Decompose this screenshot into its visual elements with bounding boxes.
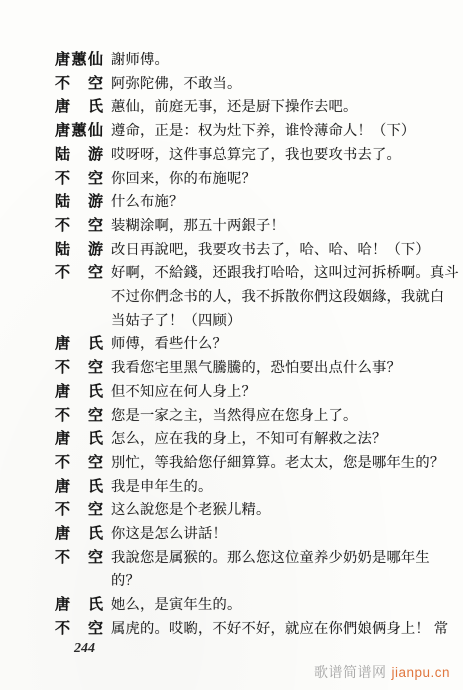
speaker-name: 不空 bbox=[55, 547, 103, 571]
dialogue-row: 不空 装糊涂啊，那五十两銀子！ bbox=[55, 215, 453, 239]
speaker-char: 唐 bbox=[55, 594, 70, 618]
dialogue-line: 哎呀呀，这件事总算完了，我也要攻书去了。 bbox=[111, 144, 453, 168]
speech-text: 怎么，应在我的身上，不知可有解救之法？ bbox=[111, 428, 453, 452]
watermark-site-name: 歌谱简谱网 bbox=[314, 666, 387, 681]
dialogue-row: 不空 阿弥陀佛，不敢当。 bbox=[55, 73, 453, 97]
speaker-char: 游 bbox=[88, 144, 103, 168]
speaker-char: 氏 bbox=[88, 333, 103, 357]
speech-text: 但不知应在何人身上？ bbox=[111, 381, 453, 405]
dialogue-line: 別忙，等我給您仔細算算。老太太，您是哪年生的？ bbox=[111, 452, 453, 476]
speech-text: 謝师傅。 bbox=[111, 49, 453, 73]
speaker-char: 氏 bbox=[88, 96, 103, 120]
dialogue-line: 当姑子了！（四顾） bbox=[111, 310, 453, 334]
speaker-name: 唐氏 bbox=[55, 96, 103, 120]
speaker-name: 唐蕙仙 bbox=[55, 49, 103, 73]
speaker-char: 不 bbox=[55, 499, 70, 523]
speaker-char: 仙 bbox=[88, 49, 103, 73]
dialogue-line: 遵命，正是：权为灶下养，谁怜薄命人！（下） bbox=[111, 120, 453, 144]
page-number: 244 bbox=[74, 641, 95, 657]
dialogue-row: 唐氏 我是申年生的。 bbox=[55, 476, 453, 500]
speaker-char: 唐 bbox=[55, 523, 70, 547]
dialogue-row: 唐氏 怎么，应在我的身上，不知可有解救之法？ bbox=[55, 428, 453, 452]
speech-text: 蕙仙，前庭无事，还是厨下操作去吧。 bbox=[111, 96, 453, 120]
speaker-char: 不 bbox=[55, 547, 70, 571]
dialogue-row: 不空 这么說您是个老猴儿精。 bbox=[55, 499, 453, 523]
speaker-char: 氏 bbox=[88, 381, 103, 405]
speaker-char: 不 bbox=[55, 168, 70, 192]
speaker-char: 氏 bbox=[88, 523, 103, 547]
speaker-name: 唐蕙仙 bbox=[55, 120, 103, 144]
speaker-char: 陆 bbox=[55, 144, 70, 168]
speech-text: 改日再說吧，我要攻书去了，哈、哈、哈！（下） bbox=[111, 239, 453, 263]
speaker-name: 唐氏 bbox=[55, 523, 103, 547]
speaker-char: 不 bbox=[55, 405, 70, 429]
speech-text: 我說您是属猴的。那么您这位童养少奶奶是哪年生的？ bbox=[111, 547, 453, 594]
speaker-name: 陆游 bbox=[55, 144, 103, 168]
dialogue-row: 不空 我看您宅里黑气騰騰的，恐怕要出点什么事？ bbox=[55, 357, 453, 381]
speaker-char: 唐 bbox=[55, 120, 70, 144]
speaker-char: 唐 bbox=[55, 333, 70, 357]
speech-text: 你这是怎么讲話！ bbox=[111, 523, 453, 547]
speech-text: 属虎的。哎喲，不好不好，就应在你們娘俩身上！ 常 bbox=[111, 618, 453, 642]
speech-text: 这么說您是个老猴儿精。 bbox=[111, 499, 453, 523]
dialogue-row: 唐氏 师傅，看些什么？ bbox=[55, 333, 453, 357]
dialogue-line: 怎么，应在我的身上，不知可有解救之法？ bbox=[111, 428, 453, 452]
dialogue-line: 改日再說吧，我要攻书去了，哈、哈、哈！（下） bbox=[111, 239, 453, 263]
speaker-name: 不空 bbox=[55, 73, 103, 97]
dialogue-line: 我說您是属猴的。那么您这位童养少奶奶是哪年生 bbox=[111, 547, 453, 571]
speaker-name: 唐氏 bbox=[55, 381, 103, 405]
dialogue-row: 不空 您是一家之主，当然得应在您身上了。 bbox=[55, 405, 453, 429]
speaker-char: 不 bbox=[55, 357, 70, 381]
speaker-char: 陆 bbox=[55, 191, 70, 215]
speech-text: 好啊，不給錢，还跟我打哈哈，这叫过河拆桥啊。真斗不过你們念书的人，我不拆散你們这… bbox=[111, 262, 453, 333]
speaker-char: 蕙 bbox=[71, 49, 86, 73]
speaker-char: 唐 bbox=[55, 428, 70, 452]
speech-text: 她么，是寅年生的。 bbox=[111, 594, 453, 618]
speaker-char: 空 bbox=[88, 73, 103, 97]
dialogue-row: 陆游 什么布施？ bbox=[55, 191, 453, 215]
speaker-char: 唐 bbox=[55, 381, 70, 405]
speech-text: 哎呀呀，这件事总算完了，我也要攻书去了。 bbox=[111, 144, 453, 168]
dialogue-list: 唐蕙仙 謝师傅。 不空 阿弥陀佛，不敢当。 唐氏 蕙仙，前庭无事，还是厨下操作去… bbox=[55, 49, 453, 642]
speech-text: 遵命，正是：权为灶下养，谁怜薄命人！（下） bbox=[111, 120, 453, 144]
speaker-char: 空 bbox=[88, 357, 103, 381]
speech-text: 您是一家之主，当然得应在您身上了。 bbox=[111, 405, 453, 429]
speech-text: 我是申年生的。 bbox=[111, 476, 453, 500]
dialogue-line: 不过你們念书的人，我不拆散你們这段姻緣，我就白 bbox=[111, 286, 453, 310]
dialogue-line: 謝师傅。 bbox=[111, 49, 453, 73]
dialogue-row: 不空 你回来，你的布施呢？ bbox=[55, 168, 453, 192]
speaker-name: 不空 bbox=[55, 168, 103, 192]
speaker-name: 不空 bbox=[55, 215, 103, 239]
dialogue-row: 唐氏 她么，是寅年生的。 bbox=[55, 594, 453, 618]
speaker-char: 空 bbox=[88, 499, 103, 523]
speaker-name: 不空 bbox=[55, 452, 103, 476]
dialogue-line: 好啊，不給錢，还跟我打哈哈，这叫过河拆桥啊。真斗 bbox=[111, 262, 453, 286]
speaker-char: 不 bbox=[55, 618, 70, 642]
dialogue-line: 这么說您是个老猴儿精。 bbox=[111, 499, 453, 523]
speech-text: 你回来，你的布施呢？ bbox=[111, 168, 453, 192]
speaker-name: 陆游 bbox=[55, 191, 103, 215]
speaker-char: 氏 bbox=[88, 476, 103, 500]
dialogue-row: 唐蕙仙 謝师傅。 bbox=[55, 49, 453, 73]
dialogue-row: 唐氏 蕙仙，前庭无事，还是厨下操作去吧。 bbox=[55, 96, 453, 120]
speech-text: 师傅，看些什么？ bbox=[111, 333, 453, 357]
dialogue-row: 唐氏 你这是怎么讲話！ bbox=[55, 523, 453, 547]
speaker-char: 不 bbox=[55, 73, 70, 97]
book-page: 唐蕙仙 謝师傅。 不空 阿弥陀佛，不敢当。 唐氏 蕙仙，前庭无事，还是厨下操作去… bbox=[0, 0, 463, 690]
dialogue-row: 不空 属虎的。哎喲，不好不好，就应在你們娘俩身上！ 常 bbox=[55, 618, 453, 642]
dialogue-line: 师傅，看些什么？ bbox=[111, 333, 453, 357]
speaker-name: 陆游 bbox=[55, 239, 103, 263]
dialogue-line: 装糊涂啊，那五十两銀子！ bbox=[111, 215, 453, 239]
speaker-char: 空 bbox=[88, 452, 103, 476]
speaker-char: 空 bbox=[88, 168, 103, 192]
dialogue-line: 蕙仙，前庭无事，还是厨下操作去吧。 bbox=[111, 96, 453, 120]
speaker-name: 唐氏 bbox=[55, 476, 103, 500]
dialogue-row: 唐蕙仙 遵命，正是：权为灶下养，谁怜薄命人！（下） bbox=[55, 120, 453, 144]
dialogue-line: 但不知应在何人身上？ bbox=[111, 381, 453, 405]
speaker-char: 氏 bbox=[88, 428, 103, 452]
dialogue-line: 属虎的。哎喲，不好不好，就应在你們娘俩身上！ 常 bbox=[111, 618, 453, 642]
watermark-site-url: jianpu.cn bbox=[391, 665, 450, 680]
dialogue-line: 她么，是寅年生的。 bbox=[111, 594, 453, 618]
speaker-char: 空 bbox=[88, 618, 103, 642]
dialogue-line: 什么布施？ bbox=[111, 191, 453, 215]
dialogue-line: 阿弥陀佛，不敢当。 bbox=[111, 73, 453, 97]
speaker-name: 唐氏 bbox=[55, 428, 103, 452]
dialogue-line: 的？ bbox=[111, 570, 453, 594]
dialogue-line: 我是申年生的。 bbox=[111, 476, 453, 500]
speaker-char: 仙 bbox=[88, 120, 103, 144]
speaker-name: 不空 bbox=[55, 499, 103, 523]
dialogue-row: 陆游 哎呀呀，这件事总算完了，我也要攻书去了。 bbox=[55, 144, 453, 168]
dialogue-row: 唐氏 但不知应在何人身上？ bbox=[55, 381, 453, 405]
dialogue-row: 不空 好啊，不給錢，还跟我打哈哈，这叫过河拆桥啊。真斗不过你們念书的人，我不拆散… bbox=[55, 262, 453, 333]
speaker-char: 不 bbox=[55, 215, 70, 239]
speaker-char: 空 bbox=[88, 547, 103, 571]
speaker-char: 空 bbox=[88, 405, 103, 429]
speaker-name: 不空 bbox=[55, 405, 103, 429]
speaker-char: 不 bbox=[55, 452, 70, 476]
speaker-name: 不空 bbox=[55, 262, 103, 286]
dialogue-row: 不空 我說您是属猴的。那么您这位童养少奶奶是哪年生的？ bbox=[55, 547, 453, 594]
speaker-char: 蕙 bbox=[71, 120, 86, 144]
dialogue-row: 不空 別忙，等我給您仔細算算。老太太，您是哪年生的？ bbox=[55, 452, 453, 476]
speaker-char: 游 bbox=[88, 191, 103, 215]
dialogue-line: 你回来，你的布施呢？ bbox=[111, 168, 453, 192]
speaker-char: 唐 bbox=[55, 476, 70, 500]
speaker-char: 陆 bbox=[55, 239, 70, 263]
speaker-char: 空 bbox=[88, 215, 103, 239]
speech-text: 別忙，等我給您仔細算算。老太太，您是哪年生的？ bbox=[111, 452, 453, 476]
dialogue-line: 你这是怎么讲話！ bbox=[111, 523, 453, 547]
dialogue-line: 您是一家之主，当然得应在您身上了。 bbox=[111, 405, 453, 429]
speaker-name: 不空 bbox=[55, 357, 103, 381]
speech-text: 我看您宅里黑气騰騰的，恐怕要出点什么事？ bbox=[111, 357, 453, 381]
speech-text: 装糊涂啊，那五十两銀子！ bbox=[111, 215, 453, 239]
speaker-char: 不 bbox=[55, 262, 70, 286]
speaker-char: 唐 bbox=[55, 49, 70, 73]
speaker-name: 唐氏 bbox=[55, 333, 103, 357]
speaker-char: 空 bbox=[88, 262, 103, 286]
dialogue-line: 我看您宅里黑气騰騰的，恐怕要出点什么事？ bbox=[111, 357, 453, 381]
speaker-char: 游 bbox=[88, 239, 103, 263]
watermark: 歌谱简谱网jianpu.cn bbox=[314, 662, 450, 682]
speaker-name: 不空 bbox=[55, 618, 103, 642]
speaker-char: 氏 bbox=[88, 594, 103, 618]
speaker-name: 唐氏 bbox=[55, 594, 103, 618]
speaker-char: 唐 bbox=[55, 96, 70, 120]
dialogue-row: 陆游 改日再說吧，我要攻书去了，哈、哈、哈！（下） bbox=[55, 239, 453, 263]
speech-text: 什么布施？ bbox=[111, 191, 453, 215]
speech-text: 阿弥陀佛，不敢当。 bbox=[111, 73, 453, 97]
